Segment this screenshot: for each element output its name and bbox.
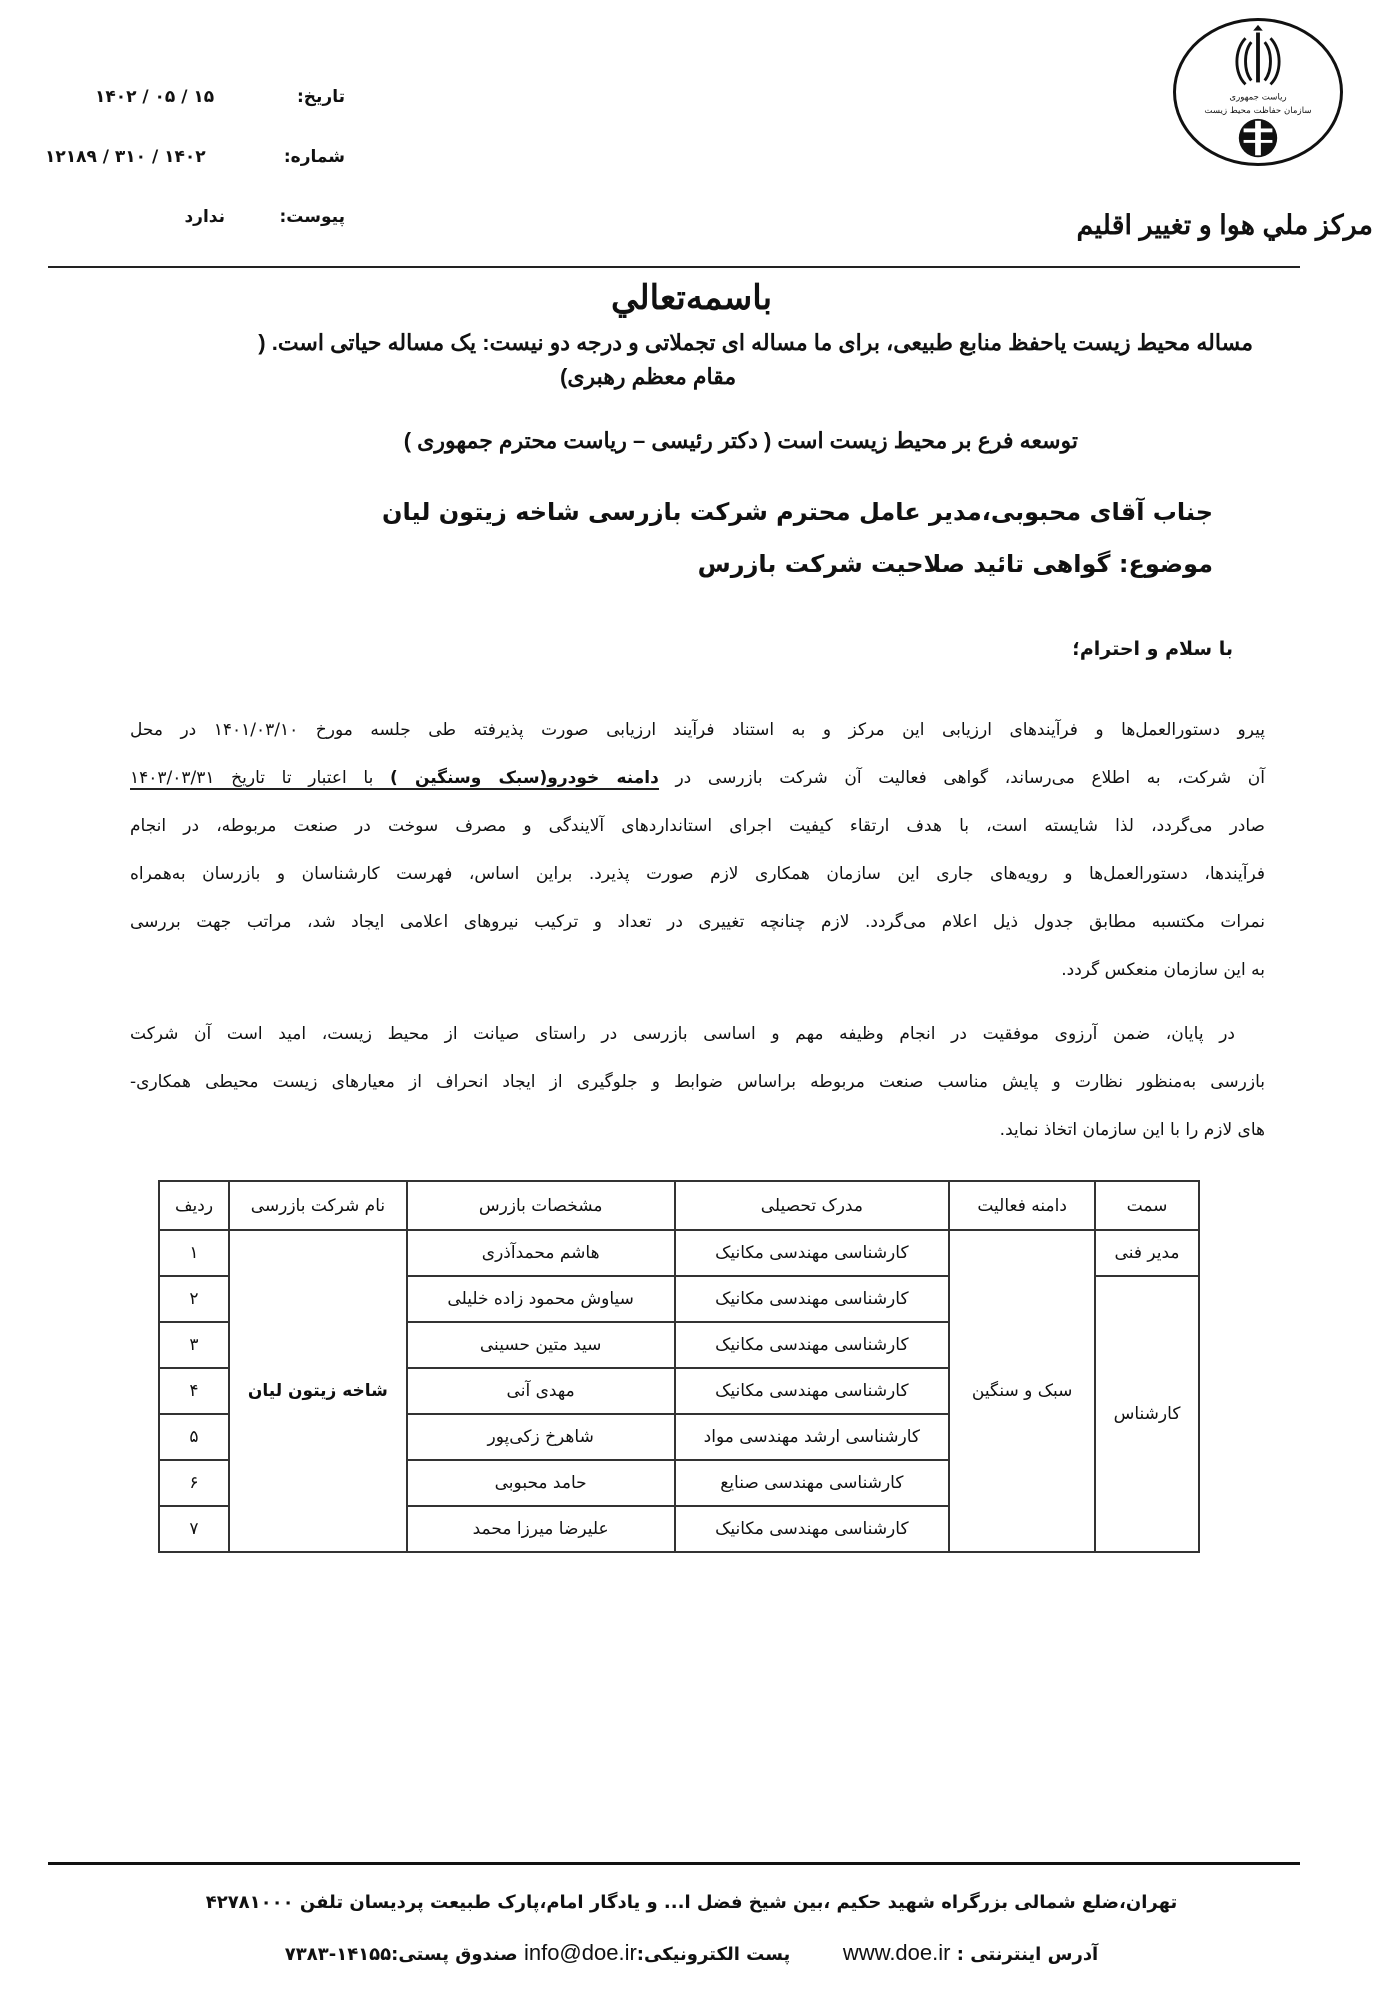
para1-line5: نمرات مکتسبه مطابق جدول ذیل اعلام می‌گرد… — [130, 898, 1265, 946]
para1-line1: پیرو دستورالعمل‌ها و فرآیندهای ارزیابی ا… — [130, 706, 1265, 754]
col-company: نام شرکت بازرسی — [229, 1181, 407, 1230]
col-activity-scope: دامنه فعالیت — [949, 1181, 1095, 1230]
attachment-label: پیوست: — [255, 207, 345, 227]
col-position: سمت — [1095, 1181, 1199, 1230]
row-no-cell: ۲ — [159, 1276, 229, 1322]
number-label: شماره: — [255, 147, 345, 167]
col-row-no: ردیف — [159, 1181, 229, 1230]
row-no-cell: ۱ — [159, 1230, 229, 1276]
col-inspector: مشخصات بازرس — [407, 1181, 675, 1230]
svg-text:سازمان حفاظت محیط زیست: سازمان حفاظت محیط زیست — [1204, 106, 1311, 116]
emblem-icon: ریاست جمهوری سازمان حفاظت محیط زیست — [1176, 21, 1340, 163]
validity-text: با اعتبار تا تاریخ ۱۴۰۳/۰۳/۳۱ — [130, 768, 390, 788]
attachment-value: ندارد — [85, 207, 255, 227]
date-label: تاریخ: — [255, 87, 345, 107]
inspector-cell: حامد محبوبی — [407, 1460, 675, 1506]
org-title: مركز ملي هوا و تغيير اقليم — [1077, 210, 1373, 241]
leader-quote-line1: مساله محیط زیست یاحفظ منابع طبیعی، برای … — [258, 330, 1253, 356]
para2-line2: بازرسی به‌منظور نظارت و پایش مناسب صنعت … — [130, 1058, 1265, 1106]
row-no-cell: ۳ — [159, 1322, 229, 1368]
president-quote: توسعه فرع بر محیط زیست است ( دکتر رئیسی … — [404, 428, 1078, 454]
col-degree: مدرک تحصیلی — [675, 1181, 950, 1230]
number-value: ۱۲۱۸۹ / ۳۱۰ / ۱۴۰۲ — [45, 147, 255, 167]
doe-emblem-logo: ریاست جمهوری سازمان حفاظت محیط زیست — [1173, 18, 1343, 166]
attachment-row: پیوست: ندارد — [85, 200, 345, 234]
footer-divider — [48, 1862, 1300, 1865]
position-cell: مدیر فنی — [1095, 1230, 1199, 1276]
row-no-cell: ۶ — [159, 1460, 229, 1506]
pobox-label: صندوق پستی: — [391, 1944, 518, 1965]
email-link[interactable]: info@doe.ir — [524, 1940, 637, 1965]
company-cell: شاخه زیتون لیان — [229, 1230, 407, 1552]
row-no-cell: ۷ — [159, 1506, 229, 1552]
pobox-value: ۱۴۱۵۵-۷۳۸۳ — [285, 1944, 391, 1965]
position-cell: کارشناس — [1095, 1276, 1199, 1552]
inspector-cell: شاهرخ زکی‌پور — [407, 1414, 675, 1460]
website-link[interactable]: www.doe.ir — [843, 1940, 951, 1965]
para1-line2: آن شرکت، به اطلاع می‌رساند، گواهی فعالیت… — [130, 754, 1265, 802]
degree-cell: کارشناسی مهندسی مکانیک — [675, 1368, 950, 1414]
para1-line4: فرآیندها، دستورالعمل‌ها و رویه‌های جاری … — [130, 850, 1265, 898]
para2-line3: های لازم را با این سازمان اتخاذ نماید. — [130, 1106, 1265, 1154]
header-divider — [48, 266, 1300, 268]
para1-line2-pre: آن شرکت، به اطلاع می‌رساند، گواهی فعالیت… — [659, 768, 1265, 788]
degree-cell: کارشناسی مهندسی مکانیک — [675, 1506, 950, 1552]
footer-contacts: آدرس اینترنتی : www.doe.ir پست الکترونیک… — [0, 1940, 1383, 1966]
body-paragraph-2: در پایان، ضمن آرزوی موفقیت در انجام وظیف… — [130, 1010, 1265, 1154]
email-label: پست الکترونیکی: — [637, 1944, 791, 1965]
date-value: ۱۴۰۲ / ۰۵ / ۱۵ — [85, 87, 255, 107]
degree-cell: کارشناسی مهندسی مکانیک — [675, 1276, 950, 1322]
inspectors-table: سمت دامنه فعالیت مدرک تحصیلی مشخصات بازر… — [158, 1180, 1200, 1553]
footer-address: تهران،ضلع شمالی بزرگراه شهید حکیم ،بین ش… — [0, 1892, 1383, 1913]
inspector-cell: علیرضا میرزا محمد — [407, 1506, 675, 1552]
degree-cell: کارشناسی مهندسی صنایع — [675, 1460, 950, 1506]
para1-line3: صادر می‌گردد، لذا شایسته است، با هدف ارت… — [130, 802, 1265, 850]
activity-scope-value: سبک و سنگین — [972, 1381, 1072, 1401]
number-row: شماره: ۱۲۱۸۹ / ۳۱۰ / ۱۴۰۲ — [45, 140, 345, 174]
para2-line1: در پایان، ضمن آرزوی موفقیت در انجام وظیف… — [130, 1010, 1265, 1058]
date-row: تاریخ: ۱۴۰۲ / ۰۵ / ۱۵ — [85, 80, 345, 114]
table-header-row: سمت دامنه فعالیت مدرک تحصیلی مشخصات بازر… — [159, 1181, 1199, 1230]
svg-text:ریاست جمهوری: ریاست جمهوری — [1229, 93, 1286, 103]
degree-cell: کارشناسی مهندسی مکانیک — [675, 1322, 950, 1368]
leader-quote-line2: مقام معظم رهبری) — [560, 364, 736, 390]
addressee: جناب آقای محبوبی،مدیر عامل محترم شرکت با… — [382, 498, 1213, 526]
bismillah-heading: باسمه‌تعالي — [0, 278, 1383, 318]
inspector-cell: سیاوش محمود زاده خلیلی — [407, 1276, 675, 1322]
greeting: با سلام و احترام؛ — [1072, 638, 1233, 660]
degree-cell: کارشناسی مهندسی مکانیک — [675, 1230, 950, 1276]
body-paragraph-1: پیرو دستورالعمل‌ها و فرآیندهای ارزیابی ا… — [130, 706, 1265, 994]
table-row: مدیر فنی سبک و سنگین کارشناسی مهندسی مکا… — [159, 1230, 1199, 1276]
scope-highlight: دامنه خودرو(سبک وسنگین ) — [390, 768, 659, 788]
row-no-cell: ۵ — [159, 1414, 229, 1460]
para1-line6: به این سازمان منعکس گردد. — [130, 946, 1265, 994]
subject-line: موضوع: گواهی تائید صلاحیت شرکت بازرس — [698, 550, 1213, 578]
inspector-cell: هاشم محمدآذری — [407, 1230, 675, 1276]
website-label: آدرس اینترنتی : — [957, 1944, 1098, 1965]
company-value: شاخه زیتون لیان — [248, 1381, 388, 1401]
row-no-cell: ۴ — [159, 1368, 229, 1414]
degree-cell: کارشناسی ارشد مهندسی مواد — [675, 1414, 950, 1460]
inspector-cell: مهدی آنی — [407, 1368, 675, 1414]
activity-scope-cell: سبک و سنگین — [949, 1230, 1095, 1552]
inspector-cell: سید متین حسینی — [407, 1322, 675, 1368]
